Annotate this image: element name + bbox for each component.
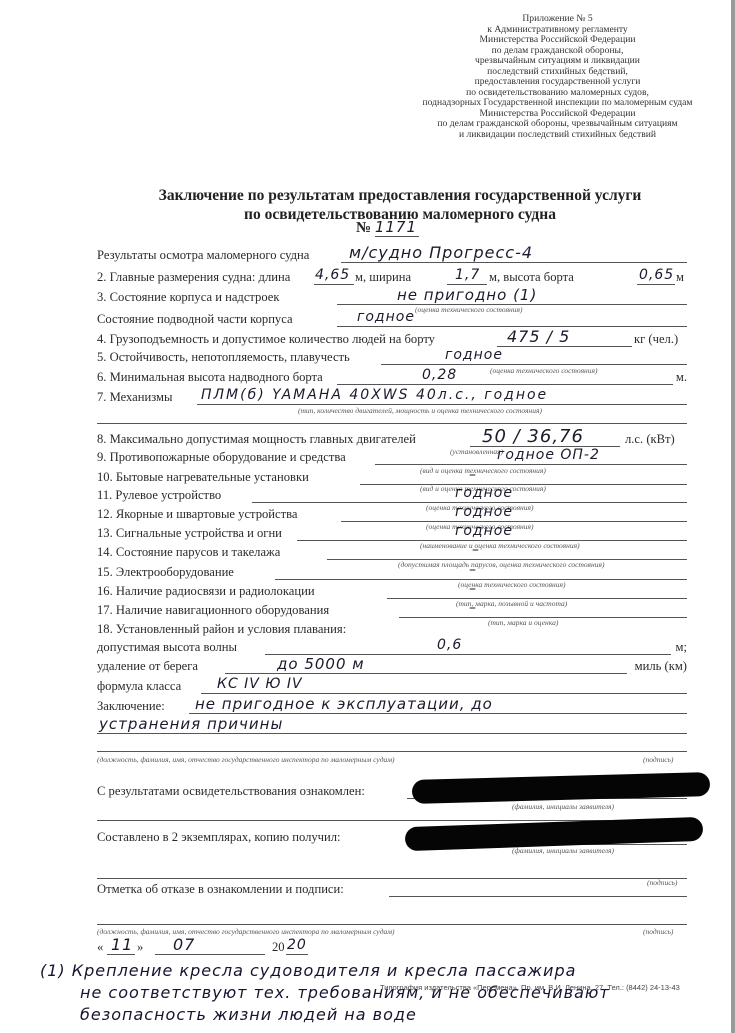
date-day: 11 (111, 936, 133, 954)
signature-hint: (подпись) (643, 927, 673, 936)
field-freeboard: 6. Минимальная высота надводного борта 0… (97, 368, 687, 386)
field-value: 50 / 36,76 (482, 428, 584, 446)
field-label: 6. Минимальная высота надводного борта (97, 368, 323, 386)
field-label: 3. Состояние корпуса и надстроек (97, 288, 280, 306)
inspector-line-2 (97, 924, 687, 925)
field-label: 14. Состояние парусов и такелажа (97, 543, 280, 561)
page-edge-bar (731, 0, 735, 1033)
field-unit: м; (676, 638, 687, 656)
field-label: Составлено в 2 экземплярах, копию получи… (97, 828, 341, 846)
field-label: С результатами освидетельствования ознак… (97, 782, 365, 800)
field-label: 10. Бытовые нагревательные установки (97, 468, 309, 486)
field-mechanisms: 7. Механизмы ПЛМ(б) YAMAHA 40XWS 40л.с.,… (97, 388, 687, 406)
blank-line (97, 878, 687, 879)
field-navigation: 17. Наличие навигационного оборудования … (97, 601, 687, 619)
inspector-hint: (должность, фамилия, имя, отчество госуд… (97, 755, 395, 764)
date-month: 07 (173, 936, 195, 954)
month-line (155, 954, 265, 955)
field-value: не пригодно (1) (397, 286, 537, 304)
signature-hint: (подпись) (643, 755, 673, 764)
appendix-line: Приложение № 5 (380, 14, 735, 25)
number-label: № (356, 220, 371, 236)
title-line-1: Заключение по результатам предоставления… (90, 186, 710, 205)
field-value: КС IV Ю IV (217, 675, 303, 693)
width-value: 1,7 (455, 266, 480, 284)
field-line (225, 673, 627, 674)
field-value: – (469, 561, 477, 579)
field-unit: л.с. (кВт) (625, 430, 675, 448)
field-label: 2. Главные размерения судна: длина (97, 268, 290, 286)
field-underwater: Состояние подводной части корпуса годное (97, 310, 687, 328)
field-line (381, 364, 687, 365)
field-conclusion-cont: устранения причины (97, 717, 687, 735)
field-label: 9. Противопожарные оборудование и средст… (97, 448, 346, 466)
field-steering: 11. Рулевое устройство годное (97, 486, 687, 504)
field-value: – (469, 466, 477, 484)
field-value: ПЛМ(б) YAMAHA 40XWS 40л.с., годное (201, 386, 548, 404)
field-electrical: 15. Электрооборудование – (97, 563, 687, 581)
field-label: допустимая высота волны (97, 638, 237, 656)
field-value: годное (445, 346, 503, 364)
appendix-line: чрезвычайным ситуациям и ликвидации (380, 56, 735, 67)
field-line (447, 284, 487, 285)
field-heating: 10. Бытовые нагревательные установки – (97, 468, 687, 486)
blank-line (97, 423, 687, 424)
field-radio: 16. Наличие радиосвязи и радиолокации – (97, 582, 687, 600)
field-line (189, 713, 687, 714)
field-label: 18. Установленный район и условия плаван… (97, 620, 346, 638)
field-hint: (тип, количество двигателей, мощность и … (298, 406, 542, 415)
field-line (201, 693, 687, 694)
field-label: удаление от берега (97, 657, 198, 675)
field-line (337, 384, 673, 385)
field-label: 5. Остойчивость, непотопляемость, плавуч… (97, 348, 350, 366)
appendix-header: Приложение № 5 к Административному регла… (380, 14, 735, 140)
field-value: м/судно Прогресс-4 (349, 244, 533, 262)
field-value: – (469, 599, 477, 617)
field-unit: м. (676, 368, 687, 386)
field-unit: м, ширина (355, 268, 411, 286)
field-line (497, 346, 632, 347)
field-value: 0,6 (437, 636, 462, 654)
appendix-line: поднадзорных Государственной инспекции п… (380, 98, 735, 109)
field-label: Результаты осмотра маломерного судна (97, 246, 309, 264)
field-label: формула класса (97, 677, 181, 695)
year-line (286, 954, 308, 955)
field-wave: допустимая высота волны 0,6 м; (97, 638, 687, 656)
day-line (107, 954, 135, 955)
field-stability: 5. Остойчивость, непотопляемость, плавуч… (97, 348, 687, 366)
field-label: 13. Сигнальные устройства и огни (97, 524, 282, 542)
field-capacity: 4. Грузоподъемность и допустимое количес… (97, 330, 687, 348)
field-value: – (469, 580, 477, 598)
field-line (97, 733, 687, 734)
appendix-line: предоставления государственной услуги (380, 77, 735, 88)
field-value: 475 / 5 (507, 328, 570, 346)
number-value: 1171 (375, 218, 419, 237)
field-value: – (472, 541, 480, 559)
appendix-line: по делам гражданской обороны, чрезвычайн… (380, 119, 735, 130)
field-refusal: Отметка об отказе в ознакомлении и подпи… (97, 880, 687, 898)
field-label: 15. Электрооборудование (97, 563, 234, 581)
field-label: 17. Наличие навигационного оборудования (97, 601, 329, 619)
field-unit: миль (км) (635, 657, 687, 675)
field-label: Состояние подводной части корпуса (97, 310, 293, 328)
field-class: формула класса КС IV Ю IV (97, 677, 687, 695)
field-line (314, 284, 354, 285)
field-area: 18. Установленный район и условия плаван… (97, 620, 687, 638)
field-unit: м, высота борта (489, 268, 574, 286)
field-label: 11. Рулевое устройство (97, 486, 221, 504)
field-label: Отметка об отказе в ознакомлении и подпи… (97, 880, 344, 898)
field-line (197, 404, 687, 405)
field-unit: кг (чел.) (634, 330, 678, 348)
field-hint: (фамилия, инициалы заявителя) (512, 846, 614, 855)
inspector-line (97, 751, 687, 752)
field-hull: 3. Состояние корпуса и надстроек не приг… (97, 288, 687, 306)
field-line (389, 896, 687, 897)
inspector-hint: (должность, фамилия, имя, отчество госуд… (97, 927, 395, 936)
date-close-quote: » (137, 938, 143, 956)
field-value: годное (455, 503, 513, 521)
height-value: 0,65 (639, 266, 674, 284)
field-conclusion: Заключение: не пригодное к эксплуатации,… (97, 697, 687, 715)
handwritten-footnote: (1) Крепление кресла судоводителя и крес… (40, 960, 720, 1026)
field-label: Заключение: (97, 697, 165, 715)
field-value: до 5000 м (277, 655, 365, 673)
date-row: « 11 » 07 20 20 (97, 938, 687, 956)
date-open-quote: « (97, 938, 103, 956)
field-dimensions: 2. Главные размерения судна: длина 4,65 … (97, 268, 687, 286)
field-value: годное (455, 522, 513, 540)
field-value: устранения причины (99, 715, 283, 733)
field-line (375, 464, 687, 465)
printer-info: Типография издательства «Перемена». Пр. … (380, 983, 680, 992)
field-hint: (подпись) (647, 878, 677, 887)
field-fire: 9. Противопожарные оборудование и средст… (97, 448, 687, 466)
footnote-line: (1) Крепление кресла судоводителя и крес… (40, 960, 720, 982)
field-label: 12. Якорные и швартовые устройства (97, 505, 298, 523)
field-label: 4. Грузоподъемность и допустимое количес… (97, 330, 435, 348)
field-value: годное (455, 484, 513, 502)
appendix-line: Министерства Российской Федерации (380, 35, 735, 46)
field-signals: 13. Сигнальные устройства и огни годное (97, 524, 687, 542)
field-line (637, 284, 675, 285)
field-results: Результаты осмотра маломерного судна м/с… (97, 246, 687, 264)
field-label: 7. Механизмы (97, 388, 172, 406)
field-line (341, 262, 687, 263)
field-value: годное (357, 308, 415, 326)
date-year-suffix: 20 (287, 936, 307, 954)
conclusion-number: № 1171 (356, 218, 419, 237)
field-sails: 14. Состояние парусов и такелажа – (97, 543, 687, 561)
field-label: 16. Наличие радиосвязи и радиолокации (97, 582, 315, 600)
field-label: 8. Максимально допустимая мощность главн… (97, 430, 416, 448)
field-value: годное ОП-2 (497, 446, 600, 464)
field-shore: удаление от берега до 5000 м миль (км) (97, 657, 687, 675)
field-hint: (фамилия, инициалы заявителя) (512, 802, 614, 811)
footnote-line: безопасность жизни людей на воде (40, 1004, 720, 1026)
appendix-line: и ликвидации последствий стихийных бедст… (380, 130, 735, 141)
field-anchor: 12. Якорные и швартовые устройства годно… (97, 505, 687, 523)
date-year-prefix: 20 (272, 938, 285, 956)
field-value: не пригодное к эксплуатации, до (195, 695, 493, 713)
length-value: 4,65 (315, 266, 350, 284)
field-value: 0,28 (422, 366, 457, 384)
field-unit: м (676, 268, 684, 286)
